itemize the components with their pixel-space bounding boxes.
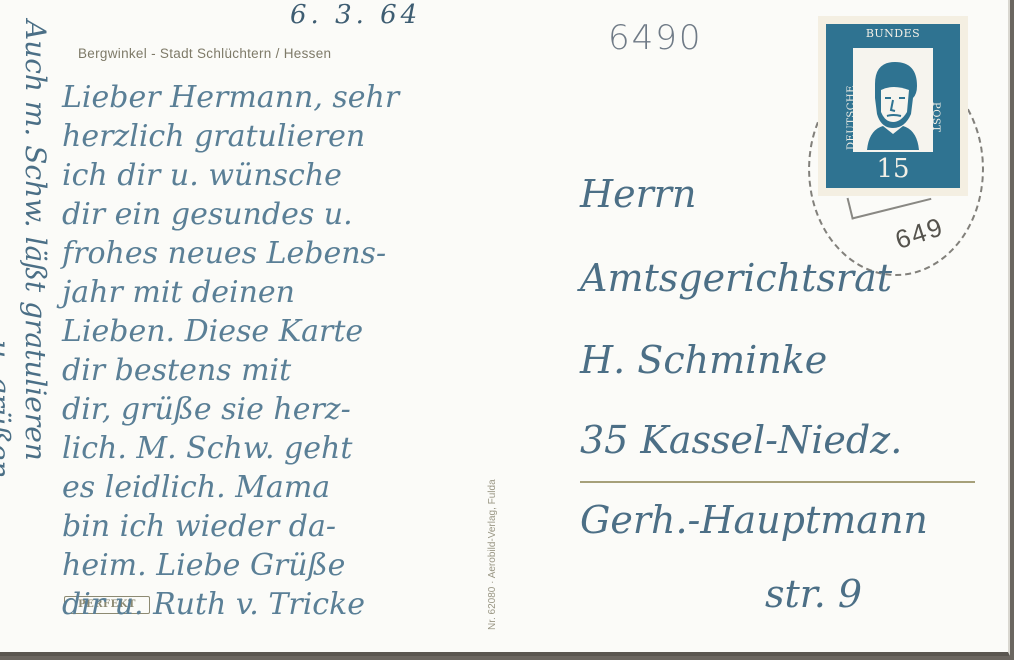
address-street-number: str. 9	[765, 572, 862, 616]
message-line: Lieben. Diese Karte	[62, 312, 399, 351]
message-line: lich. M. Schw. geht	[62, 429, 399, 468]
message-line: dir bestens mit	[62, 351, 399, 390]
side-note-line-2: u. grüßen.	[0, 340, 16, 487]
message-line: dir u. Ruth v. Tricke	[62, 585, 399, 624]
message-line: dir ein gesundes u.	[62, 195, 399, 234]
message-line: Lieber Hermann, sehr	[62, 78, 399, 117]
stamp-top-text: BUNDES	[826, 27, 960, 40]
handwritten-date: 6. 3. 64	[290, 0, 421, 30]
stamp-frame: BUNDES DEUTSCHE POST 15	[826, 24, 960, 188]
stamp-value: 15	[826, 154, 960, 184]
address-title: Amtsgerichtsrat	[580, 256, 892, 300]
address-underline	[580, 481, 975, 483]
address-street: Gerh.-Hauptmann	[580, 498, 928, 542]
message-line: bin ich wieder da-	[62, 507, 399, 546]
message-line: dir, grüße sie herz-	[62, 390, 399, 429]
message-line: heim. Liebe Grüße	[62, 546, 399, 585]
publisher-imprint: Nr. 62080 · Aerobild-Verlag, Fulda	[487, 150, 499, 630]
message-line: ich dir u. wünsche	[62, 156, 399, 195]
postcard-back: Bergwinkel - Stadt Schlüchtern / Hessen …	[0, 0, 1010, 656]
message-line: jahr mit deinen	[62, 273, 399, 312]
handwritten-message: Lieber Hermann, sehr herzlich gratuliere…	[62, 78, 399, 624]
message-line: frohes neues Lebens-	[62, 234, 399, 273]
side-note-line-1: Auch m. Schw. läßt gratulieren	[19, 20, 52, 461]
handwritten-postal-code: 6490	[608, 18, 703, 58]
postage-stamp: BUNDES DEUTSCHE POST 15	[818, 16, 968, 196]
address-salutation: Herrn	[580, 172, 696, 216]
stamp-portrait-window	[853, 48, 933, 152]
printed-location-title: Bergwinkel - Stadt Schlüchtern / Hessen	[78, 46, 331, 61]
address-city: 35 Kassel-Niedz.	[580, 418, 902, 462]
address-name: H. Schminke	[580, 338, 827, 382]
publisher-text: Nr. 62080 · Aerobild-Verlag, Fulda	[487, 479, 498, 630]
message-line: herzlich gratulieren	[62, 117, 399, 156]
message-line: es leidlich. Mama	[62, 468, 399, 507]
portrait-icon	[861, 54, 925, 150]
